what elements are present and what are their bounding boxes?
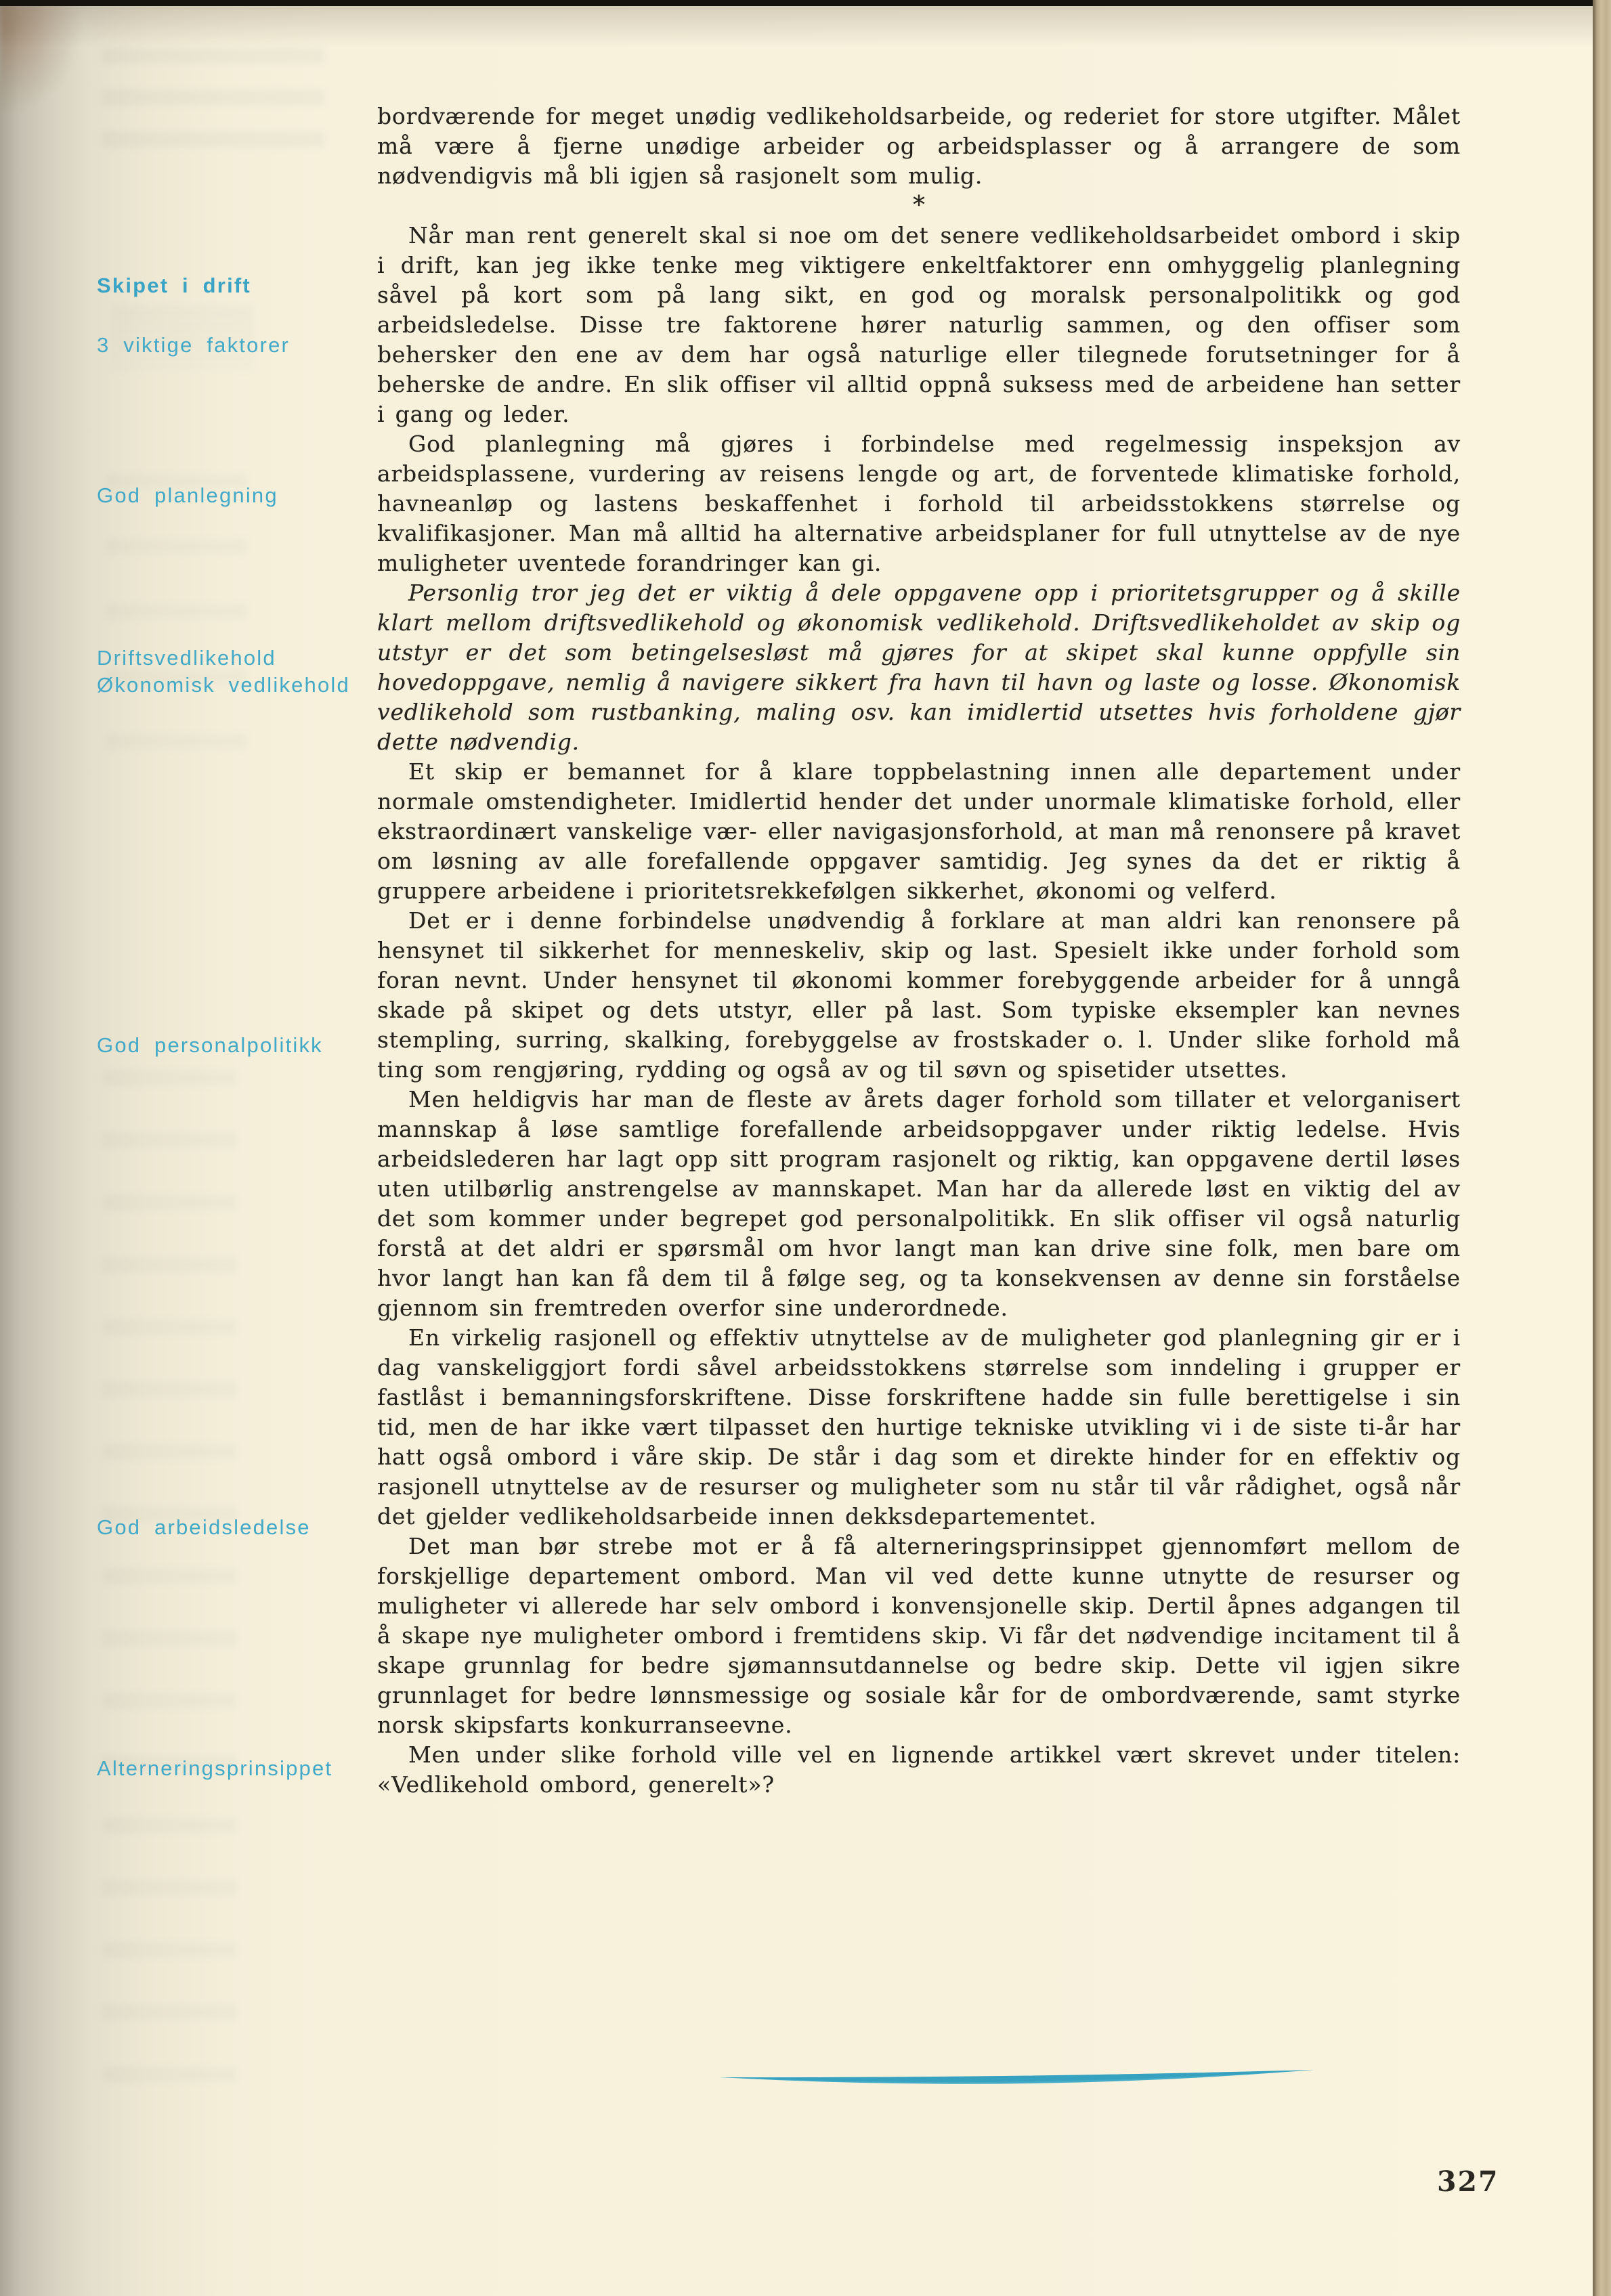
paragraph: Det man bør strebe mot er å få alterneri… — [377, 1532, 1461, 1740]
paragraph: Når man rent generelt skal si noe om det… — [377, 221, 1461, 429]
separator-asterisk: * — [377, 191, 1461, 221]
margin-note: 3 viktige faktorer — [97, 332, 290, 359]
paragraph: Det er i denne forbindelse unødvendig å … — [377, 906, 1461, 1085]
margin-note: DriftsvedlikeholdØkonomisk vedlikehold — [97, 645, 350, 699]
paragraph: Men under slike forhold ville vel en lig… — [377, 1740, 1461, 1800]
paragraph: Personlig tror jeg det er viktig å dele … — [377, 578, 1461, 757]
body-column: bordværende for meget unødig vedlikehold… — [377, 102, 1461, 1800]
paragraph: Et skip er bemannet for å klare toppbela… — [377, 757, 1461, 906]
margin-note: God personalpolitikk — [97, 1032, 323, 1059]
paragraph: God planlegning må gjøres i forbindelse … — [377, 429, 1461, 578]
page-number: 327 — [1437, 2165, 1499, 2198]
paragraph: bordværende for meget unødig vedlikehold… — [377, 102, 1461, 191]
margin-note: God planlegning — [97, 482, 278, 509]
paragraph: Men heldigvis har man de fleste av årets… — [377, 1085, 1461, 1323]
paragraph: En virkelig rasjonell og effektiv utnytt… — [377, 1323, 1461, 1532]
section-divider-swash — [719, 2062, 1315, 2095]
margin-note: God arbeidsledelse — [97, 1514, 311, 1541]
margin-note: Alterneringsprinsippet — [97, 1755, 332, 1782]
scanned-book-page: Skipet i drift3 viktige faktorerGod plan… — [0, 0, 1611, 2296]
margin-note: Skipet i drift — [97, 272, 251, 299]
page-right-edge — [1593, 0, 1611, 2296]
scan-top-edge — [0, 0, 1611, 6]
